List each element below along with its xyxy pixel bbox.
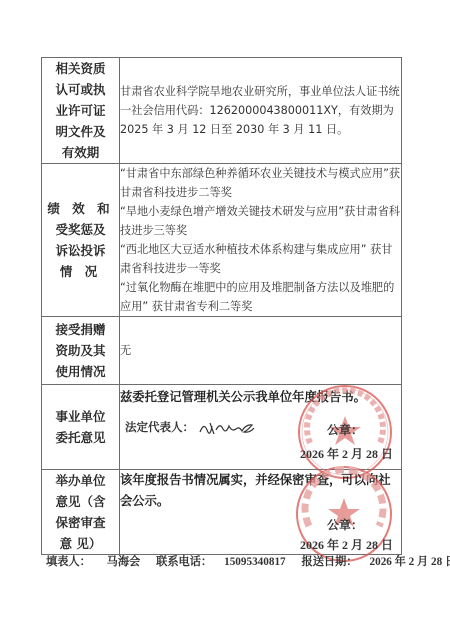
label-line: 接受捐赠	[42, 319, 119, 340]
filler-name: 马海会	[107, 555, 141, 568]
award-item: “西北地区大豆适水种植技术体系构建与集成应用” 获甘肃省科技进步一等奖	[120, 240, 401, 278]
filler: 填表人： 马海会	[46, 555, 140, 568]
submit-date-label: 报送日期：	[302, 555, 358, 568]
qualifications-content: 甘肃省农业科学院旱地农业研究所，事业单位法人证书统一社会信用代码：1262000…	[120, 58, 402, 164]
filler-label: 填表人：	[46, 555, 91, 568]
row-label-entrustment: 事业单位 委托意见	[42, 385, 120, 470]
entrustment-date: 2026 年 2 月 28 日	[300, 445, 393, 464]
table-row-sponsor-opinion: 举办单位 意见（含 保密审查 意 见） 该年度报告书情况属实，并经保密审查，可以…	[42, 470, 402, 555]
phone: 联系电话：15095340817	[156, 555, 285, 568]
legal-representative: 法定代表人：	[125, 418, 256, 437]
table-row-qualifications: 相关资质 认可或执 业许可证 明文件及 有效期 甘肃省农业科学院旱地农业研究所，…	[42, 58, 402, 164]
submit-date-value: 2026 年 2 月 28 日	[370, 556, 450, 568]
row-label-performance: 绩 效 和 受奖惩及 诉讼投诉 情 况	[42, 164, 120, 317]
donations-content: 无	[120, 317, 402, 385]
submit-date: 报送日期：2026 年 2 月 28 日	[302, 555, 450, 568]
label-line: 情 况	[42, 261, 119, 282]
label-line: 保密审查	[42, 512, 119, 533]
annual-report-page: 相关资质 认可或执 业许可证 明文件及 有效期 甘肃省农业科学院旱地农业研究所，…	[0, 0, 450, 636]
report-footer: 填表人： 马海会 联系电话：15095340817 报送日期：2026 年 2 …	[46, 553, 450, 569]
row-label-qualifications: 相关资质 认可或执 业许可证 明文件及 有效期	[42, 58, 120, 164]
award-item: “过氧化物酶在堆肥中的应用及堆肥制备方法以及堆肥的应用” 获甘肃省专利二等奖	[120, 278, 401, 316]
sponsor-opinion-content: 该年度报告书情况属实，并经保密审查，可以向社会公示。 公章： 2026 年 2 …	[120, 470, 402, 555]
phone-number: 15095340817	[224, 556, 286, 568]
label-line: 受奖惩及	[42, 219, 119, 240]
label-line: 有效期	[42, 142, 119, 163]
table-row-donations: 接受捐赠 资助及其 使用情况 无	[42, 317, 402, 385]
award-item: “甘肃省中东部绿色种养循环农业关键技术与模式应用”获甘肃省科技进步二等奖	[120, 164, 401, 202]
label-line: 意见（含	[42, 491, 119, 512]
table-row-performance: 绩 效 和 受奖惩及 诉讼投诉 情 况 “甘肃省中东部绿色种养循环农业关键技术与…	[42, 164, 402, 317]
performance-content: “甘肃省中东部绿色种养循环农业关键技术与模式应用”获甘肃省科技进步二等奖 “旱地…	[120, 164, 402, 317]
label-line: 认可或执	[42, 79, 119, 100]
seal-label: 公章：	[327, 421, 363, 440]
label-line: 业许可证	[42, 100, 119, 121]
entrustment-statement: 兹委托登记管理机关公示我单位年度报告书。	[120, 388, 401, 407]
seal-label: 公章：	[327, 516, 363, 535]
label-line: 举办单位	[42, 470, 119, 491]
label-line: 意 见）	[42, 533, 119, 554]
legal-rep-label: 法定代表人：	[125, 420, 194, 434]
phone-label: 联系电话：	[156, 555, 212, 568]
qualifications-text: 甘肃省农业科学院旱地农业研究所，事业单位法人证书统一社会信用代码：1262000…	[120, 85, 400, 136]
row-label-sponsor-opinion: 举办单位 意见（含 保密审查 意 见）	[42, 470, 120, 555]
table-row-entrustment: 事业单位 委托意见 兹委托登记管理机关公示我单位年度报告书。 法定代表人：	[42, 385, 402, 470]
label-line: 资助及其	[42, 340, 119, 361]
label-line: 明文件及	[42, 121, 119, 142]
sponsor-statement: 该年度报告书情况属实，并经保密审查，可以向社会公示。	[120, 470, 401, 512]
report-table: 相关资质 认可或执 业许可证 明文件及 有效期 甘肃省农业科学院旱地农业研究所，…	[41, 57, 402, 555]
entrustment-content: 兹委托登记管理机关公示我单位年度报告书。 法定代表人： 公章： 2026 年 2…	[120, 385, 402, 470]
label-line: 诉讼投诉	[42, 240, 119, 261]
label-line: 绩 效 和	[42, 198, 119, 219]
signature-icon	[198, 420, 256, 436]
label-line: 使用情况	[42, 361, 119, 382]
label-line: 事业单位	[42, 406, 119, 427]
award-item: “旱地小麦绿色增产增效关键技术研发与应用”获甘肃省科技进步三等奖	[120, 202, 401, 240]
label-line: 相关资质	[42, 58, 119, 79]
row-label-donations: 接受捐赠 资助及其 使用情况	[42, 317, 120, 385]
label-line: 委托意见	[42, 427, 119, 448]
donations-text: 无	[120, 344, 131, 357]
